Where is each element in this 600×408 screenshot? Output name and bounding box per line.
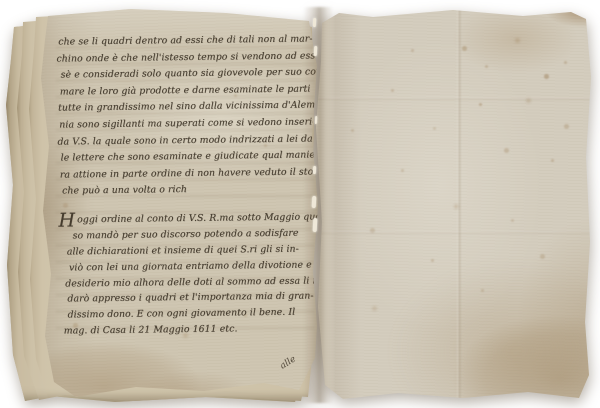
ink-corner-mark: alle <box>279 354 298 371</box>
paragraph: Hoggi ordine al conto di V.S. R.ma sotto… <box>58 209 318 339</box>
photo-of-manuscript: che se li quadri dentro ad essi che di t… <box>0 0 600 408</box>
stitch-thread <box>313 218 318 232</box>
handwritten-text: che se li quadri dentro ad essi che di t… <box>56 31 318 339</box>
manuscript-line: mag. di Casa li 21 Maggio 1611 etc. <box>64 321 318 340</box>
water-stain <box>390 261 600 408</box>
stitch-thread <box>314 46 318 56</box>
fold-crease-horizontal <box>313 231 594 234</box>
paragraph: che se li quadri dentro ad essi che di t… <box>56 31 316 200</box>
foxing-spots <box>36 6 39 9</box>
stitch-thread <box>313 166 316 174</box>
left-page: che se li quadri dentro ad essi che di t… <box>36 6 320 402</box>
foxing-spots <box>313 7 316 10</box>
fold-crease-horizontal <box>313 97 594 100</box>
manuscript-line: che può a una volta o rich <box>62 181 316 201</box>
stitch-thread <box>313 18 316 27</box>
right-page <box>313 7 594 403</box>
stitch-thread <box>312 196 317 208</box>
stitch-thread <box>315 116 317 124</box>
manuscript-booklet: che se li quadri dentro ad essi che di t… <box>0 0 600 408</box>
manuscript-line: dissimo dono. E con ogni giovamento il b… <box>67 305 317 324</box>
